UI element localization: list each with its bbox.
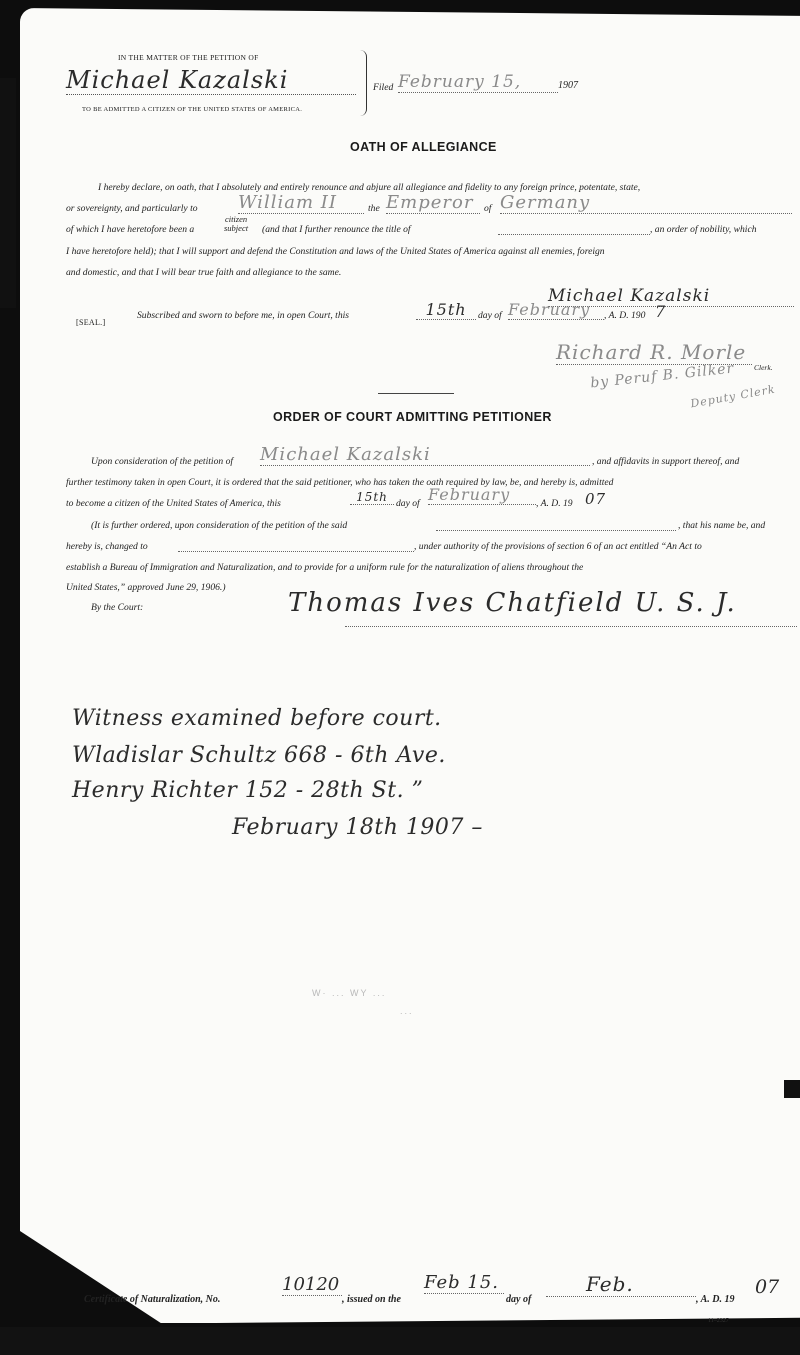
- sworn-year-digit: 7: [655, 302, 666, 321]
- name-change-blank-1: [436, 530, 676, 531]
- oath-line-4: I have heretofore held); that I will sup…: [66, 246, 605, 257]
- witness-note-line-2: Wladislar Schultz 668 - 6th Ave.: [72, 743, 446, 768]
- order-line-1-suffix: , and affidavits in support thereof, and: [592, 456, 739, 467]
- sovereign-title: Emperor: [386, 192, 480, 214]
- citizen-subject-choice: citizen subject: [224, 215, 248, 233]
- section-divider: [378, 393, 454, 394]
- judge-signature-line: [345, 626, 797, 627]
- bleed-through-text-1: W· ... WY ...: [312, 988, 386, 998]
- order-day: 15th: [350, 490, 394, 505]
- witness-note-line-4: February 18th 1907 –: [232, 815, 483, 840]
- order-ad-label: , A. D. 19: [536, 498, 573, 509]
- filed-date: February 15,: [398, 72, 558, 93]
- oath-title: OATH OF ALLEGIANCE: [350, 140, 497, 154]
- certificate-year: 07: [755, 1276, 779, 1298]
- certificate-issued-label: , issued on the: [342, 1294, 401, 1305]
- order-month: February: [428, 485, 536, 505]
- matter-label: IN THE MATTER OF THE PETITION OF: [118, 53, 259, 62]
- of-label: of: [484, 203, 491, 214]
- clerk-label: Clerk.: [754, 363, 773, 372]
- oath-line-3-end: , an order of nobility, which: [650, 224, 757, 235]
- oath-line-2-prefix: or sovereignty, and particularly to: [66, 203, 198, 214]
- sworn-day: 15th: [416, 300, 476, 320]
- by-court-label: By the Court:: [91, 602, 143, 613]
- certificate-prefix: Certificate of Naturalization, No.: [84, 1294, 220, 1305]
- the-label: the: [368, 203, 380, 214]
- nobility-title-blank: [498, 234, 650, 235]
- order-line-5-suffix: , under authority of the provisions of s…: [414, 541, 702, 552]
- sworn-ad: , A. D. 190: [604, 310, 645, 321]
- order-line-3-prefix: to become a citizen of the United States…: [66, 498, 281, 509]
- order-line-5-prefix: hereby is, changed to: [66, 541, 148, 552]
- certificate-issued-month: Feb.: [546, 1272, 696, 1297]
- form-number: 11–2327: [708, 1318, 729, 1324]
- admission-label: TO BE ADMITTED A CITIZEN OF THE UNITED S…: [82, 106, 302, 113]
- oath-line-3-prefix: of which I have heretofore been a: [66, 224, 194, 235]
- order-day-label: day of: [396, 498, 420, 509]
- filed-label: Filed: [373, 82, 393, 93]
- oath-line-3-suffix: (and that I further renounce the title o…: [262, 224, 411, 235]
- header-brace: [360, 50, 367, 116]
- country: Germany: [500, 192, 792, 214]
- order-line-1-prefix: Upon consideration of the petition of: [91, 456, 233, 467]
- certificate-issued-day: Feb 15.: [424, 1272, 504, 1294]
- name-change-blank-2: [178, 551, 414, 552]
- certificate-day-of-label: day of: [506, 1294, 531, 1305]
- order-line-4-prefix: (It is further ordered, upon considerati…: [91, 520, 347, 531]
- sworn-prefix: Subscribed and sworn to before me, in op…: [137, 310, 349, 321]
- seal-label: [SEAL.]: [76, 318, 105, 327]
- scan-edge-bottom: [0, 1327, 800, 1355]
- scan-edge-right-tab: [784, 1080, 800, 1098]
- order-petitioner-name: Michael Kazalski: [260, 444, 590, 466]
- certificate-number: 10120: [282, 1274, 342, 1296]
- order-line-6: establish a Bureau of Immigration and Na…: [66, 562, 583, 573]
- order-year: 07: [585, 490, 606, 508]
- filed-year: 1907: [558, 80, 578, 91]
- witness-note-line-3: Henry Richter 152 - 28th St. ”: [72, 778, 423, 803]
- subject-label: subject: [224, 224, 248, 233]
- order-line-4-suffix: , that his name be, and: [678, 520, 765, 531]
- bleed-through-text-2: ...: [400, 1006, 414, 1016]
- order-title: ORDER OF COURT ADMITTING PETITIONER: [273, 410, 552, 424]
- witness-note-line-1: Witness examined before court.: [72, 706, 442, 731]
- sworn-month: February: [508, 300, 604, 320]
- order-line-7: United States,” approved June 29, 1906.): [66, 582, 226, 593]
- petitioner-name-header: Michael Kazalski: [66, 66, 356, 95]
- oath-line-5: and domestic, and that I will bear true …: [66, 267, 341, 278]
- judge-signature: Thomas Ives Chatfield U. S. J.: [288, 588, 798, 618]
- scan-edge-left: [0, 78, 16, 308]
- sworn-day-label: day of: [478, 310, 502, 321]
- certificate-ad-label: , A. D. 19: [696, 1294, 735, 1305]
- sovereign-name: William II: [238, 192, 364, 214]
